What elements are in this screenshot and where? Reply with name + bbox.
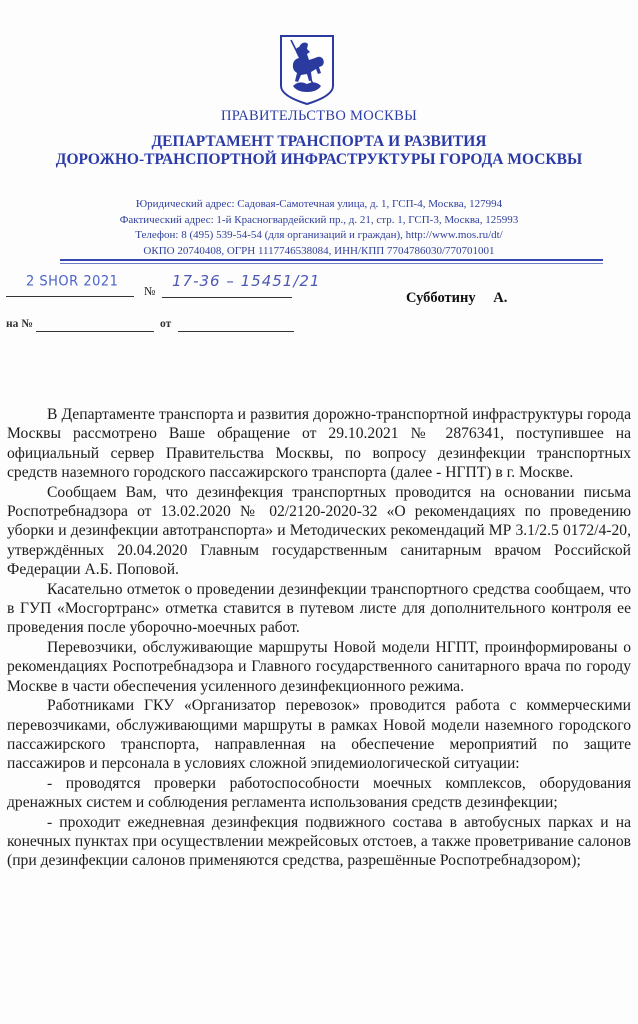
reference-number-blank-line — [36, 331, 154, 332]
paragraph: Работниками ГКУ «Организатор перевозок» … — [7, 696, 631, 774]
reference-date-label: от — [160, 318, 171, 330]
paragraph: Касательно отметок о проведении дезинфек… — [7, 580, 631, 638]
number-sign: № — [144, 284, 155, 299]
department-name-line-2: ДОРОЖНО-ТРАНСПОРТНОЙ ИНФРАСТРУКТУРЫ ГОРО… — [0, 151, 638, 169]
letter-body: В Департаменте транспорта и развития дор… — [7, 405, 631, 871]
outgoing-registration: 2 SHOR 2021 № 17-36 – 15451/21 — [6, 270, 336, 300]
paragraph: Перевозчики, обслуживающие маршруты Ново… — [7, 638, 631, 696]
letterhead-divider — [60, 259, 603, 265]
list-item: - проводятся проверки работоспособности … — [7, 774, 631, 813]
legal-address: Юридический адрес: Садовая-Самотечная ул… — [0, 197, 638, 213]
outgoing-number: 17-36 – 15451/21 — [172, 272, 320, 290]
department-name-line-1: ДЕПАРТАМЕНТ ТРАНСПОРТА И РАЗВИТИЯ — [0, 133, 638, 151]
date-stamp: 2 SHOR 2021 — [26, 273, 118, 290]
reference-registration: на № от — [6, 316, 306, 336]
phone-and-website: Телефон: 8 (495) 539-54-54 (для организа… — [0, 228, 638, 244]
reference-date-blank-line — [178, 331, 294, 332]
paragraph: Сообщаем Вам, что дезинфекция транспортн… — [7, 483, 631, 580]
number-blank-line — [162, 297, 292, 298]
reference-number-label: на № — [6, 318, 33, 330]
actual-address: Фактический адрес: 1-й Красногвардейский… — [0, 213, 638, 229]
paragraph: В Департаменте транспорта и развития дор… — [7, 405, 631, 483]
requisites: Юридический адрес: Садовая-Самотечная ул… — [0, 197, 638, 259]
registration-codes: ОКПО 20740408, ОГРН 1117746538084, ИНН/К… — [0, 244, 638, 260]
government-name: ПРАВИТЕЛЬСТВО МОСКВЫ — [0, 108, 638, 125]
addressee: Субботину А. — [406, 290, 507, 307]
date-blank-line — [6, 296, 134, 297]
moscow-coat-of-arms-icon — [279, 34, 335, 106]
list-item: - проходит ежедневная дезинфекция подвиж… — [7, 813, 631, 871]
department-name: ДЕПАРТАМЕНТ ТРАНСПОРТА И РАЗВИТИЯ ДОРОЖН… — [0, 133, 638, 169]
